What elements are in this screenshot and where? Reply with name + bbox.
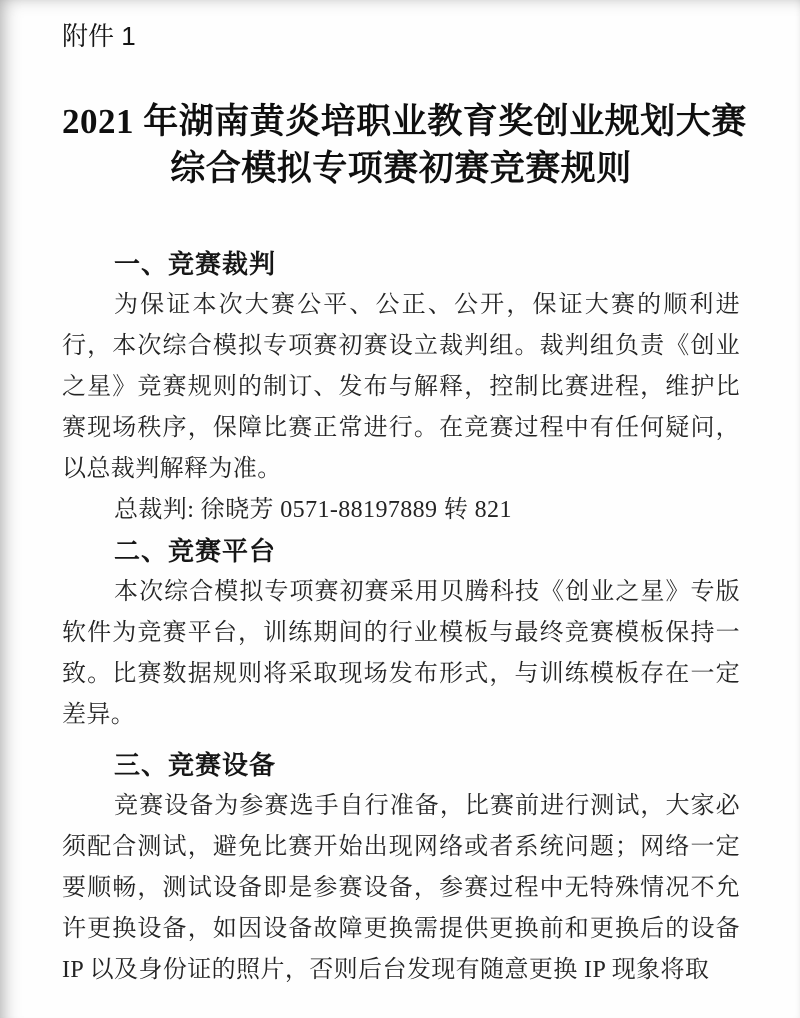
chief-referee-contact: 总裁判: 徐晓芳 0571-88197889 转 821 bbox=[62, 490, 740, 531]
section-heading-platform: 二、竞赛平台 bbox=[62, 531, 740, 572]
title-line-2: 综合模拟专项赛初赛竞赛规则 bbox=[62, 145, 740, 192]
attachment-label: 附件 1 bbox=[62, 20, 740, 52]
paragraph-equipment: 竞赛设备为参赛选手自行准备，比赛前进行测试，大家必须配合测试，避免比赛开始出现网… bbox=[62, 786, 740, 991]
paragraph-platform: 本次综合模拟专项赛初赛采用贝腾科技《创业之星》专版软件为竞赛平台，训练期间的行业… bbox=[62, 572, 740, 736]
document-page: 附件 1 2021 年湖南黄炎培职业教育奖创业规划大赛 综合模拟专项赛初赛竞赛规… bbox=[0, 0, 800, 1018]
section-heading-equipment: 三、竞赛设备 bbox=[62, 745, 740, 786]
document-body: 一、竞赛裁判 为保证本次大赛公平、公正、公开，保证大赛的顺利进行，本次综合模拟专… bbox=[62, 244, 740, 991]
paragraph-judges: 为保证本次大赛公平、公正、公开，保证大赛的顺利进行，本次综合模拟专项赛初赛设立裁… bbox=[62, 285, 740, 490]
section-heading-judges: 一、竞赛裁判 bbox=[62, 244, 740, 285]
document-title: 2021 年湖南黄炎培职业教育奖创业规划大赛 综合模拟专项赛初赛竞赛规则 bbox=[62, 98, 740, 192]
title-line-1: 2021 年湖南黄炎培职业教育奖创业规划大赛 bbox=[62, 98, 740, 145]
